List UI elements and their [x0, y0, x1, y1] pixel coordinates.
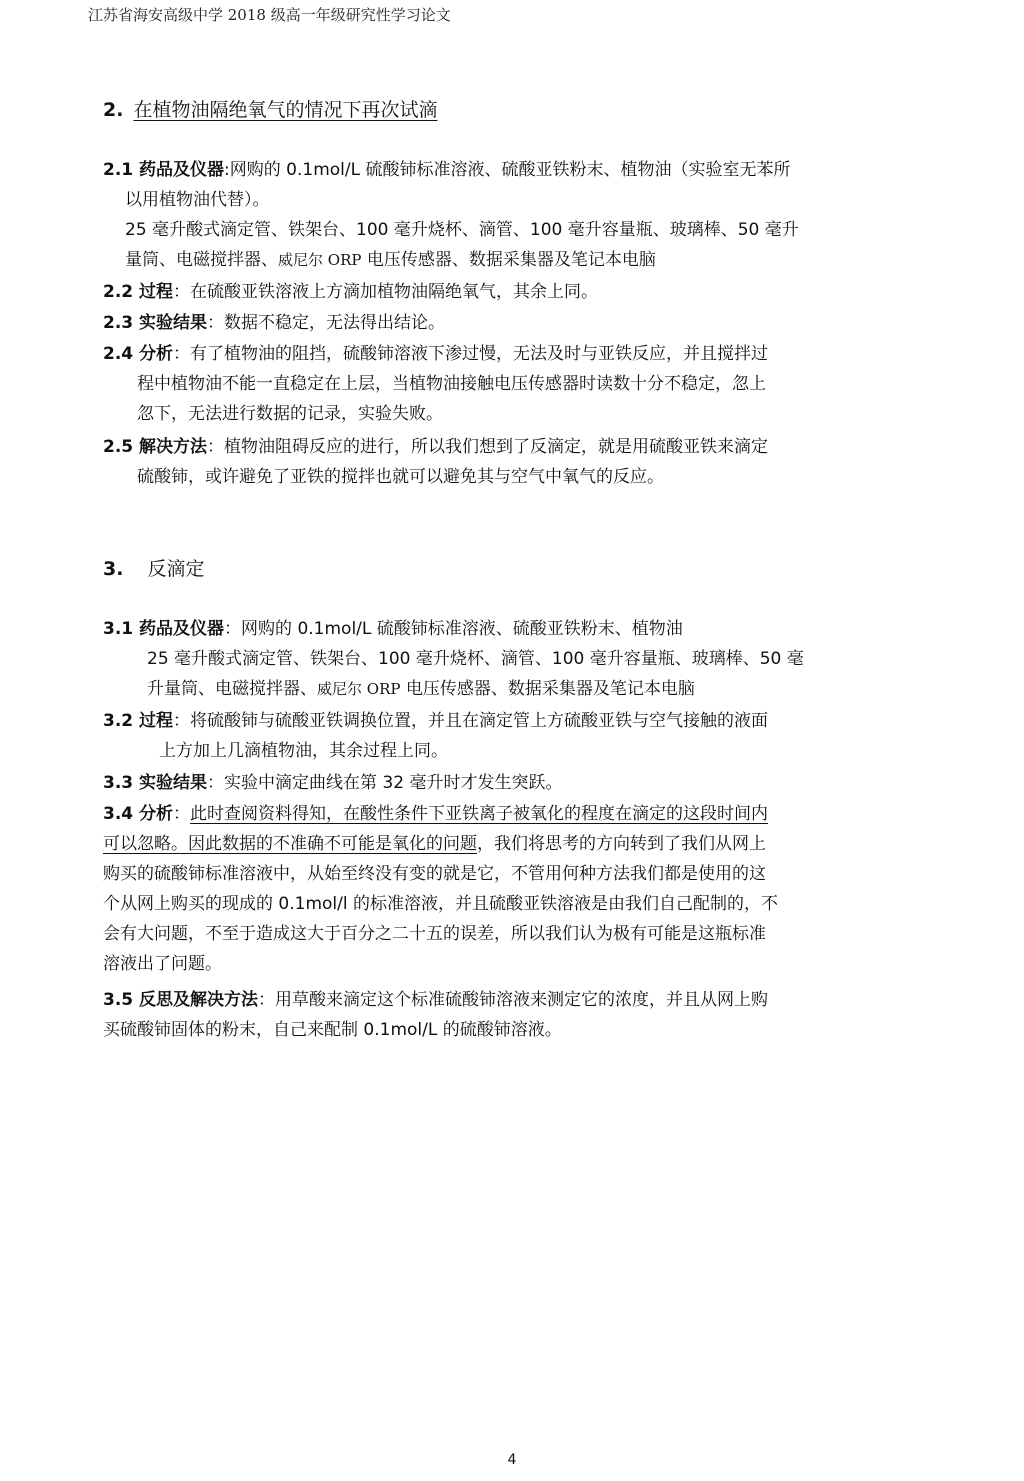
- separator: ：: [173, 804, 190, 824]
- item-text: 植物油阻碍反应的进行，所以我们想到了反滴定，就是用硫酸亚铁来滴定: [224, 437, 768, 457]
- item-2-1: 2.1 药品及仪器:网购的 0.1mol/L 硫酸铈标准溶液、硫酸亚铁粉末、植物…: [103, 155, 1021, 275]
- item-3-2: 3.2 过程：将硫酸铈与硫酸亚铁调换位置，并且在滴定管上方硫酸亚铁与空气接触的液…: [103, 706, 1021, 766]
- item-label: 2.4 分析: [103, 344, 173, 364]
- separator: ：: [207, 773, 224, 793]
- item-text-cont: 以用植物油代替）。: [103, 185, 1021, 215]
- section-2-heading: 2.在植物油隔绝氧气的情况下再次试滴: [103, 95, 437, 122]
- equipment-brand: 威尼尔 ORP: [317, 680, 400, 698]
- separator: ：: [258, 990, 275, 1010]
- item-label: 3.5 反思及解决方法: [103, 990, 258, 1010]
- item-text-line: 买硫酸铈固体的粉末，自己来配制 0.1mol/L 的硫酸铈溶液。: [103, 1015, 1021, 1045]
- item-3-1: 3.1 药品及仪器：网购的 0.1mol/L 硫酸铈标准溶液、硫酸亚铁粉末、植物…: [103, 614, 1021, 704]
- item-text: 网购的 0.1mol/L 硫酸铈标准溶液、硫酸亚铁粉末、植物油（实验室无苯所: [230, 160, 791, 180]
- item-text-cont-2: 忽下，无法进行数据的记录，实验失败。: [103, 399, 1021, 429]
- item-text-cont: 上方加上几滴植物油，其余过程上同。: [103, 736, 1021, 766]
- item-label: 2.5 解决方法: [103, 437, 207, 457]
- underlined-text: 此时查阅资料得知，在酸性条件下亚铁离子被氧化的程度在滴定的这段时间内: [190, 804, 768, 824]
- item-text: 在硫酸亚铁溶液上方滴加植物油隔绝氧气，其余上同。: [190, 282, 598, 302]
- equipment-text: 升量筒、电磁搅拌器、: [147, 679, 317, 699]
- item-2-5: 2.5 解决方法：植物油阻碍反应的进行，所以我们想到了反滴定，就是用硫酸亚铁来滴…: [103, 432, 1021, 492]
- item-text: 有了植物油的阻挡，硫酸铈溶液下渗过慢，无法及时与亚铁反应，并且搅拌过: [190, 344, 768, 364]
- item-2-2: 2.2 过程：在硫酸亚铁溶液上方滴加植物油隔绝氧气，其余上同。: [103, 277, 1021, 307]
- section-title: 在植物油隔绝氧气的情况下再次试滴: [133, 99, 437, 121]
- separator: ：: [173, 282, 190, 302]
- item-text-line: 会有大问题，不至于造成这大于百分之二十五的误差，所以我们认为极有可能是这瓶标准: [103, 919, 1021, 949]
- item-text-cont: 程中植物油不能一直稳定在上层，当植物油接触电压传感器时读数十分不稳定，忽上: [103, 369, 1021, 399]
- item-2-4: 2.4 分析：有了植物油的阻挡，硫酸铈溶液下渗过慢，无法及时与亚铁反应，并且搅拌…: [103, 339, 1021, 429]
- item-label: 3.4 分析: [103, 804, 173, 824]
- item-text: 将硫酸铈与硫酸亚铁调换位置，并且在滴定管上方硫酸亚铁与空气接触的液面: [190, 711, 768, 731]
- item-text: ，我们将思考的方向转到了我们从网上: [477, 834, 766, 854]
- item-3-3: 3.3 实验结果：实验中滴定曲线在第 32 毫升时才发生突跃。: [103, 768, 1021, 798]
- item-text: 实验中滴定曲线在第 32 毫升时才发生突跃。: [224, 773, 562, 793]
- section-number: 2.: [103, 99, 123, 121]
- separator: ：: [207, 313, 224, 333]
- equipment-line: 25 毫升酸式滴定管、铁架台、100 毫升烧杯、滴管、100 毫升容量瓶、玻璃棒…: [103, 644, 1021, 674]
- item-text: 网购的 0.1mol/L 硫酸铈标准溶液、硫酸亚铁粉末、植物油: [241, 619, 683, 639]
- equipment-text-end: 电压传感器、数据采集器及笔记本电脑: [400, 679, 694, 699]
- equipment-text-end: 电压传感器、数据采集器及笔记本电脑: [361, 250, 655, 270]
- page-header: 江苏省海安高级中学 2018 级高一年级研究性学习论文: [0, 4, 1024, 25]
- equipment-text: 量筒、电磁搅拌器、: [125, 250, 278, 270]
- item-text-line: 购买的硫酸铈标准溶液中，从始至终没有变的就是它，不管用何种方法我们都是使用的这: [103, 859, 1021, 889]
- equipment-line: 25 毫升酸式滴定管、铁架台、100 毫升烧杯、滴管、100 毫升容量瓶、玻璃棒…: [103, 215, 1021, 245]
- section-title: 反滴定: [147, 558, 204, 580]
- item-label: 3.3 实验结果: [103, 773, 207, 793]
- item-text-line: 个从网上购买的现成的 0.1mol/l 的标准溶液，并且硫酸亚铁溶液是由我们自己…: [103, 889, 1021, 919]
- item-2-3: 2.3 实验结果：数据不稳定，无法得出结论。: [103, 308, 1021, 338]
- underlined-text-2: 可以忽略。因此数据的不准确不可能是氧化的问题: [103, 834, 477, 854]
- section-3-heading: 3.反滴定: [103, 554, 204, 581]
- separator: ：: [173, 711, 190, 731]
- item-label: 3.2 过程: [103, 711, 173, 731]
- separator: ：: [224, 619, 241, 639]
- equipment-line-2: 升量筒、电磁搅拌器、威尼尔 ORP 电压传感器、数据采集器及笔记本电脑: [103, 674, 1021, 704]
- item-text: 用草酸来滴定这个标准硫酸铈溶液来测定它的浓度，并且从网上购: [275, 990, 768, 1010]
- separator: ：: [207, 437, 224, 457]
- item-label: 2.2 过程: [103, 282, 173, 302]
- item-text-line: 溶液出了问题。: [103, 949, 1021, 979]
- page-number: 4: [0, 1452, 1024, 1468]
- item-text: 数据不稳定，无法得出结论。: [224, 313, 445, 333]
- separator: ：: [173, 344, 190, 364]
- item-3-4: 3.4 分析：此时查阅资料得知，在酸性条件下亚铁离子被氧化的程度在滴定的这段时间…: [103, 799, 1021, 979]
- item-3-5: 3.5 反思及解决方法：用草酸来滴定这个标准硫酸铈溶液来测定它的浓度，并且从网上…: [103, 985, 1021, 1045]
- item-text-cont: 硫酸铈，或许避免了亚铁的搅拌也就可以避免其与空气中氧气的反应。: [103, 462, 1021, 492]
- equipment-line-2: 量筒、电磁搅拌器、威尼尔 ORP 电压传感器、数据采集器及笔记本电脑: [103, 245, 1021, 275]
- item-label: 3.1 药品及仪器: [103, 619, 224, 639]
- equipment-brand: 威尼尔 ORP: [278, 251, 361, 269]
- section-number: 3.: [103, 558, 123, 580]
- item-label: 2.3 实验结果: [103, 313, 207, 333]
- item-label: 2.1 药品及仪器: [103, 160, 224, 180]
